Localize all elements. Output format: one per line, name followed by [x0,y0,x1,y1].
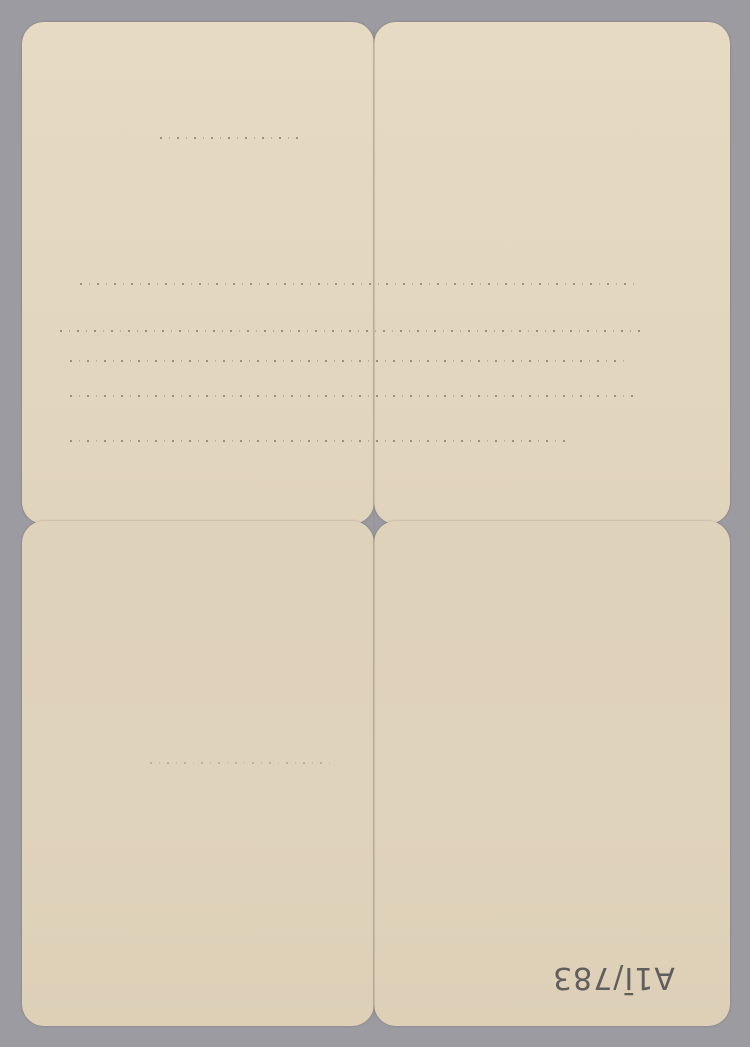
catalog-annotation: A1Ī/783 [552,960,675,995]
show-through-text [70,395,640,397]
card-panel-top-left [22,22,374,524]
card-panel-bottom-right [374,521,730,1026]
show-through-text [80,283,640,285]
show-through-text [70,440,570,442]
show-through-text [60,330,640,332]
show-through-text [70,360,630,362]
fold-line-vertical [373,30,375,1018]
card-panel-bottom-left [22,521,374,1026]
show-through-text [150,762,330,764]
show-through-text [160,137,300,139]
card-panel-top-right [374,22,730,524]
